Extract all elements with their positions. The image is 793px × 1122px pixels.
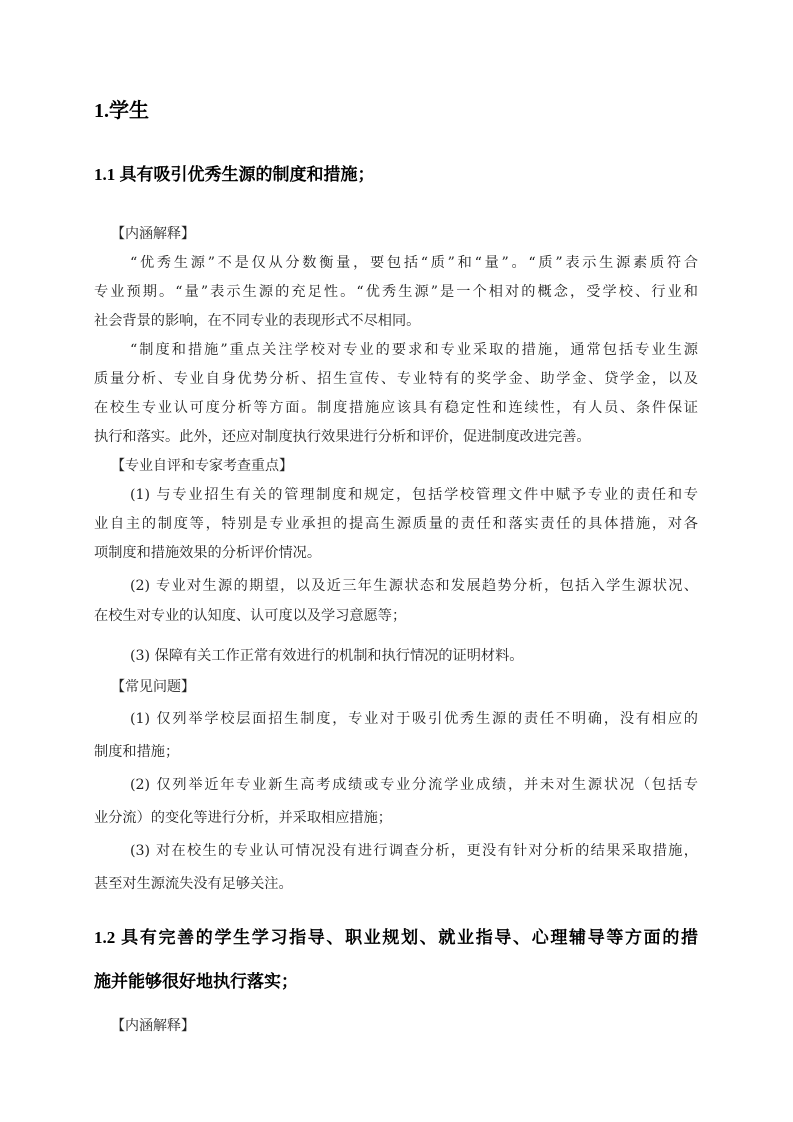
- issue-item-line: 制度和措施；: [94, 741, 698, 761]
- paragraph-line: 在校生专业认可度分析等方面。制度措施应该具有稳定性和连续性，有人员、条件保证: [94, 397, 698, 417]
- paragraph-line: 质量分析、专业自身优势分析、招生宣传、专业特有的奖学金、助学金、贷学金，以及: [94, 368, 698, 388]
- issue-item-line: (2) 仅列举近年专业新生高考成绩或专业分流学业成绩，并未对生源状况（包括专: [130, 774, 698, 794]
- content-explanation-label: 【内涵解释】: [111, 223, 195, 243]
- common-issues-label: 【常见问题】: [111, 676, 195, 696]
- issue-item-line: (3) 对在校生的专业认可情况没有进行调查分析，更没有针对分析的结果采取措施，: [130, 840, 698, 860]
- issue-item-line: 业分流）的变化等进行分析，并采取相应措施；: [94, 807, 698, 827]
- review-focus-label: 【专业自评和专家考查重点】: [111, 455, 293, 475]
- review-item-line: (2) 专业对生源的期望，以及近三年生源状态和发展趋势分析，包括入学生源状况、: [130, 575, 698, 595]
- issue-item-line: 甚至对生源流失没有足够关注。: [94, 873, 698, 893]
- content-explanation-label-2: 【内涵解释】: [111, 1015, 195, 1035]
- paragraph-line: 执行和落实。此外，还应对制度执行效果进行分析和评价，促进制度改进完善。: [94, 426, 698, 446]
- review-item-line: (3) 保障有关工作正常有效进行的机制和执行情况的证明材料。: [130, 645, 698, 665]
- review-item-line: 在校生对专业的认知度、认可度以及学习意愿等；: [94, 605, 698, 625]
- section-title-1-1: 1.1 具有吸引优秀生源的制度和措施；: [94, 160, 375, 185]
- paragraph-line: “优秀生源”不是仅从分数衡量，要包括“质”和“量”。“质”表示生源素质符合: [130, 252, 698, 272]
- paragraph-line: 社会背景的影响，在不同专业的表现形式不尽相同。: [94, 310, 698, 330]
- issue-item-line: (1) 仅列举学校层面招生制度，专业对于吸引优秀生源的责任不明确，没有相应的: [130, 708, 698, 728]
- paragraph-line: “制度和措施”重点关注学校对专业的要求和专业采取的措施，通常包括专业生源: [130, 339, 698, 359]
- review-item-line: 业自主的制度等，特别是专业承担的提高生源质量的责任和落实责任的具体措施，对各: [94, 513, 698, 533]
- review-item-line: (1) 与专业招生有关的管理制度和规定，包括学校管理文件中赋予专业的责任和专: [130, 484, 698, 504]
- chapter-heading: 1.学生: [94, 94, 149, 123]
- section-title-1-2-line-2: 施并能够很好地执行落实；: [94, 967, 298, 992]
- paragraph-line: 专业预期。“量”表示生源的充足性。“优秀生源”是一个相对的概念，受学校、行业和: [94, 281, 698, 301]
- review-item-line: 项制度和措施效果的分析评价情况。: [94, 542, 698, 562]
- section-title-1-2-line-1: 1.2 具有完善的学生学习指导、职业规划、就业指导、心理辅导等方面的措: [94, 923, 698, 948]
